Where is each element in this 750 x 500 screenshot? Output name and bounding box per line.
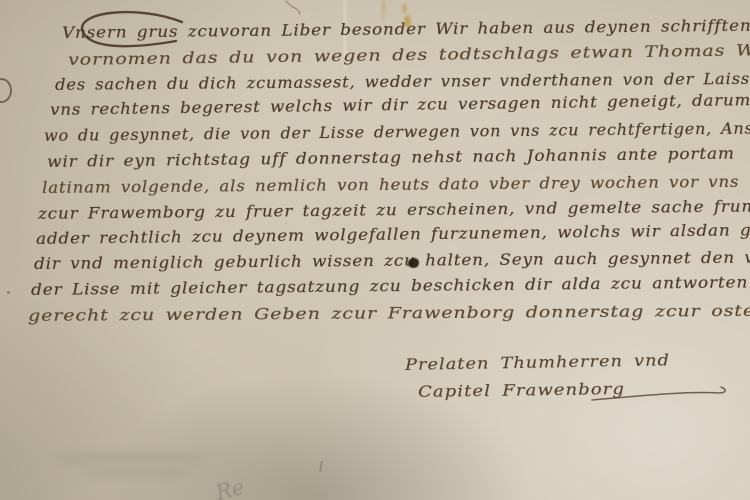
- paper-stain: [404, 15, 411, 28]
- manuscript-line: des sachen du dich zcumassest, wedder vn…: [55, 71, 750, 93]
- manuscript-line: latinam volgende, als nemlich von heuts …: [42, 175, 739, 197]
- bleed-through-smudge: [55, 452, 205, 464]
- pencil-tick-mark: [319, 461, 323, 472]
- bleed-through-smudge: [82, 468, 190, 478]
- pencil-note: Re: [214, 475, 247, 500]
- manuscript-line: vns rechtens begerest welchs wir dir zcu…: [50, 93, 750, 119]
- manuscript-line: vornomen das du von wegen des todtschlag…: [68, 42, 750, 68]
- signature-line: Prelaten Thumherren vnd: [405, 352, 670, 373]
- manuscript-line: der Lisse mit gleicher tagsatzung zcu be…: [31, 275, 750, 298]
- manuscript-line: wir dir eyn richtstag uff donnerstag neh…: [47, 147, 735, 171]
- ink-blot: [408, 258, 419, 268]
- edge-ink-mark: [0, 78, 12, 103]
- manuscript-line: gerecht zcu werden Geben zcur Frawenborg…: [28, 303, 750, 324]
- paper-stain: [402, 4, 407, 13]
- manuscript-line: adder rechtlich zcu deynem wolgefallen f…: [36, 223, 750, 248]
- manuscript-photo: Vnsern grus zcuvoran Liber besonder Wir …: [0, 0, 750, 500]
- ink-speck: [7, 291, 10, 294]
- manuscript-line: zcur Frawemborg zu fruer tagzeit zu ersc…: [38, 199, 750, 222]
- manuscript-line: dir vnd meniglich geburlich wissen zcu h…: [34, 251, 750, 273]
- top-curl-mark: [286, 1, 300, 14]
- paper-stain: [381, 0, 386, 26]
- signature-line: Capitel Frawenborg: [418, 381, 625, 400]
- manuscript-line: wo du gesynnet, die von der Lisse derweg…: [44, 121, 750, 144]
